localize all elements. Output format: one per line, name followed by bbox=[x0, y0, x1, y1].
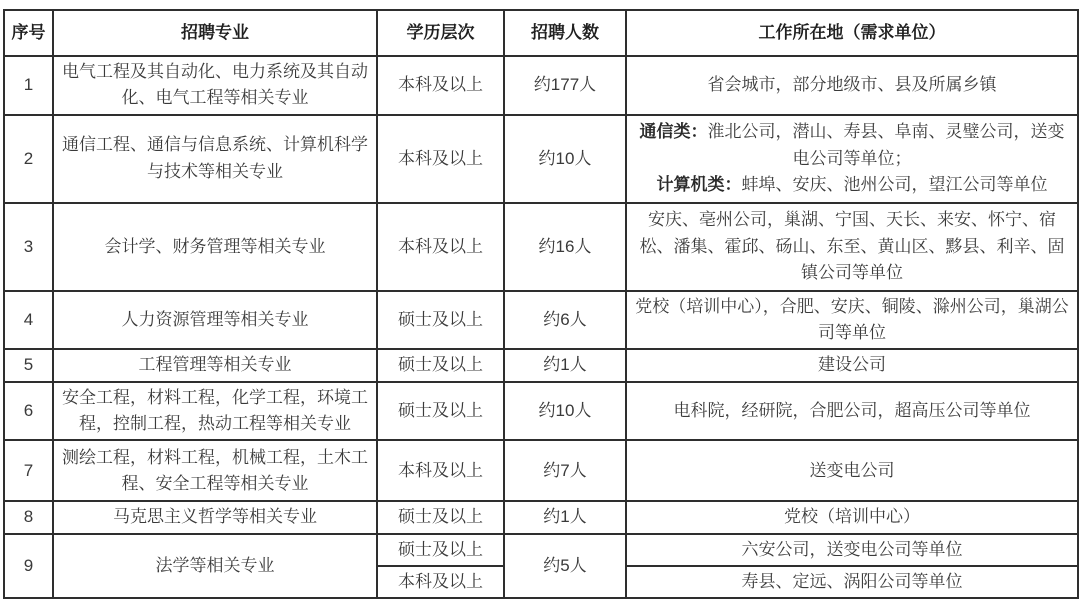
cell-location: 建设公司 bbox=[626, 349, 1078, 381]
cell-degree: 硕士及以上 bbox=[377, 291, 504, 350]
cell-count: 约1人 bbox=[504, 349, 626, 381]
cell-major: 电气工程及其自动化、电力系统及其自动化、电气工程等相关专业 bbox=[53, 56, 377, 115]
cell-count: 约10人 bbox=[504, 382, 626, 441]
location-group-computer: 计算机类：蚌埠、安庆、池州公司，望江公司等单位 bbox=[633, 172, 1071, 198]
cell-degree: 本科及以上 bbox=[377, 203, 504, 291]
cell-location: 党校（培训中心） bbox=[626, 501, 1078, 533]
cell-no: 3 bbox=[4, 203, 53, 291]
location-group-text: 蚌埠、安庆、池州公司，望江公司等单位 bbox=[742, 175, 1048, 194]
cell-no: 5 bbox=[4, 349, 53, 381]
cell-degree: 本科及以上 bbox=[377, 566, 504, 598]
cell-no: 4 bbox=[4, 291, 53, 350]
table-row: 8 马克思主义哲学等相关专业 硕士及以上 约1人 党校（培训中心） bbox=[4, 501, 1078, 533]
header-location: 工作所在地（需求单位） bbox=[626, 10, 1078, 56]
cell-degree: 本科及以上 bbox=[377, 56, 504, 115]
cell-degree: 硕士及以上 bbox=[377, 382, 504, 441]
cell-no: 7 bbox=[4, 440, 53, 501]
cell-degree: 硕士及以上 bbox=[377, 349, 504, 381]
cell-degree: 硕士及以上 bbox=[377, 534, 504, 566]
cell-no: 8 bbox=[4, 501, 53, 533]
cell-count: 约5人 bbox=[504, 534, 626, 599]
cell-count: 约10人 bbox=[504, 115, 626, 203]
cell-location: 通信类：淮北公司，潜山、寿县、阜南、灵璧公司，送变电公司等单位； 计算机类：蚌埠… bbox=[626, 115, 1078, 203]
cell-degree: 硕士及以上 bbox=[377, 501, 504, 533]
cell-major: 马克思主义哲学等相关专业 bbox=[53, 501, 377, 533]
cell-location: 送变电公司 bbox=[626, 440, 1078, 501]
table-row: 6 安全工程，材料工程，化学工程，环境工程，控制工程，热动工程等相关专业 硕士及… bbox=[4, 382, 1078, 441]
recruitment-table: 序号 招聘专业 学历层次 招聘人数 工作所在地（需求单位） 1 电气工程及其自动… bbox=[3, 9, 1079, 599]
table-row: 2 通信工程、通信与信息系统、计算机科学与技术等相关专业 本科及以上 约10人 … bbox=[4, 115, 1078, 203]
location-group-communication: 通信类：淮北公司，潜山、寿县、阜南、灵璧公司，送变电公司等单位； bbox=[633, 119, 1071, 172]
cell-degree: 本科及以上 bbox=[377, 115, 504, 203]
cell-no: 1 bbox=[4, 56, 53, 115]
cell-no: 9 bbox=[4, 534, 53, 599]
cell-major: 测绘工程，材料工程，机械工程，土木工程、安全工程等相关专业 bbox=[53, 440, 377, 501]
cell-count: 约7人 bbox=[504, 440, 626, 501]
cell-count: 约177人 bbox=[504, 56, 626, 115]
cell-location: 安庆、亳州公司，巢湖、宁国、天长、来安、怀宁、宿松、潘集、霍邱、砀山、东至、黄山… bbox=[626, 203, 1078, 291]
cell-major: 工程管理等相关专业 bbox=[53, 349, 377, 381]
header-row: 序号 招聘专业 学历层次 招聘人数 工作所在地（需求单位） bbox=[4, 10, 1078, 56]
cell-count: 约6人 bbox=[504, 291, 626, 350]
location-group-label: 计算机类： bbox=[657, 175, 742, 194]
cell-degree: 本科及以上 bbox=[377, 440, 504, 501]
table-row: 3 会计学、财务管理等相关专业 本科及以上 约16人 安庆、亳州公司，巢湖、宁国… bbox=[4, 203, 1078, 291]
cell-major: 安全工程，材料工程，化学工程，环境工程，控制工程，热动工程等相关专业 bbox=[53, 382, 377, 441]
header-no: 序号 bbox=[4, 10, 53, 56]
cell-major: 法学等相关专业 bbox=[53, 534, 377, 599]
table-row: 4 人力资源管理等相关专业 硕士及以上 约6人 党校（培训中心），合肥、安庆、铜… bbox=[4, 291, 1078, 350]
cell-major: 人力资源管理等相关专业 bbox=[53, 291, 377, 350]
table-row: 9 法学等相关专业 硕士及以上 约5人 六安公司，送变电公司等单位 bbox=[4, 534, 1078, 566]
header-major: 招聘专业 bbox=[53, 10, 377, 56]
cell-no: 6 bbox=[4, 382, 53, 441]
cell-location: 电科院，经研院，合肥公司，超高压公司等单位 bbox=[626, 382, 1078, 441]
header-degree: 学历层次 bbox=[377, 10, 504, 56]
location-group-text: 淮北公司，潜山、寿县、阜南、灵璧公司，送变电公司等单位； bbox=[708, 122, 1065, 167]
cell-no: 2 bbox=[4, 115, 53, 203]
cell-major: 通信工程、通信与信息系统、计算机科学与技术等相关专业 bbox=[53, 115, 377, 203]
cell-location: 寿县、定远、涡阳公司等单位 bbox=[626, 566, 1078, 598]
cell-location: 省会城市，部分地级市、县及所属乡镇 bbox=[626, 56, 1078, 115]
table-row: 7 测绘工程，材料工程，机械工程，土木工程、安全工程等相关专业 本科及以上 约7… bbox=[4, 440, 1078, 501]
table-row: 1 电气工程及其自动化、电力系统及其自动化、电气工程等相关专业 本科及以上 约1… bbox=[4, 56, 1078, 115]
header-count: 招聘人数 bbox=[504, 10, 626, 56]
cell-count: 约16人 bbox=[504, 203, 626, 291]
cell-location: 六安公司，送变电公司等单位 bbox=[626, 534, 1078, 566]
cell-major: 会计学、财务管理等相关专业 bbox=[53, 203, 377, 291]
location-group-label: 通信类： bbox=[640, 122, 708, 141]
cell-location: 党校（培训中心），合肥、安庆、铜陵、滁州公司，巢湖公司等单位 bbox=[626, 291, 1078, 350]
cell-count: 约1人 bbox=[504, 501, 626, 533]
table-row: 5 工程管理等相关专业 硕士及以上 约1人 建设公司 bbox=[4, 349, 1078, 381]
